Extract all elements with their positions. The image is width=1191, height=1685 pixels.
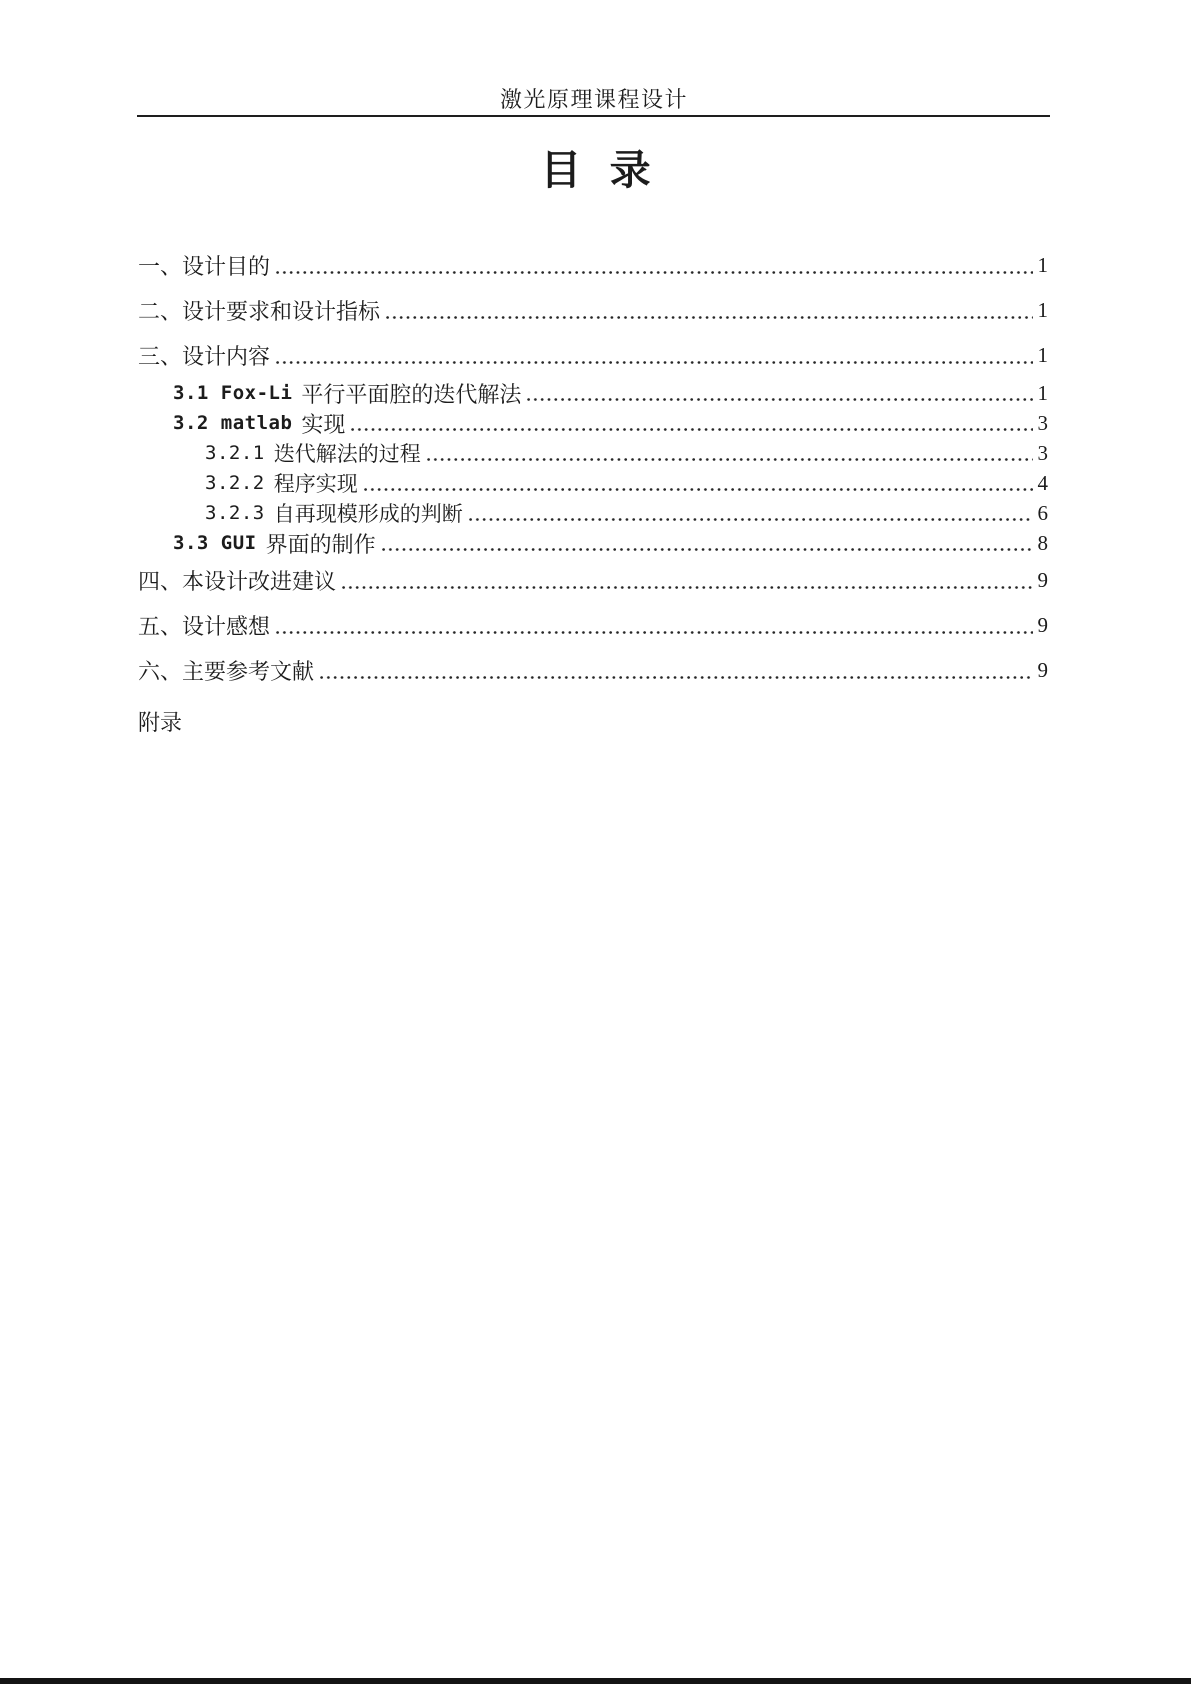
dot-leader — [276, 243, 1033, 288]
header-rule — [137, 115, 1050, 117]
toc-entry-label: 平行平面腔的迭代解法 — [301, 378, 521, 409]
dot-leader — [276, 333, 1033, 378]
dot-leader — [342, 558, 1033, 603]
toc-list: 一、设计目的 1 二、设计要求和设计指标 1 三、设计内容 1 3.1 Fox-… — [138, 243, 1048, 744]
page-bottom-edge — [0, 1678, 1191, 1684]
dot-leader — [427, 438, 1033, 468]
toc-entry-number: 3.1 Fox-Li — [173, 382, 292, 404]
dot-leader — [364, 468, 1033, 498]
toc-entry-label: 迭代解法的过程 — [274, 438, 421, 468]
toc-entry-0[interactable]: 一、设计目的 1 — [138, 243, 1048, 288]
toc-entry-label: 一、设计目的 — [138, 250, 270, 281]
toc-page-number: 1 — [1036, 343, 1048, 368]
toc-entry-3[interactable]: 3.1 Fox-Li 平行平面腔的迭代解法 1 — [138, 378, 1048, 408]
dot-leader — [469, 498, 1033, 528]
toc-entry-appendix[interactable]: 附录 — [138, 699, 1048, 744]
toc-entry-9[interactable]: 四、本设计改进建议 9 — [138, 558, 1048, 603]
toc-entry-number: 3.2.1 — [205, 442, 265, 464]
dot-leader — [386, 288, 1033, 333]
toc-entry-10[interactable]: 五、设计感想 9 — [138, 603, 1048, 648]
toc-page-number: 3 — [1036, 441, 1048, 466]
toc-entry-label: 界面的制作 — [266, 528, 376, 559]
toc-title: 目 录 — [0, 146, 1191, 194]
document-page: 激光原理课程设计 目 录 一、设计目的 1 二、设计要求和设计指标 1 三、设计… — [0, 0, 1191, 1685]
toc-page-number: 6 — [1036, 501, 1048, 526]
toc-entry-4[interactable]: 3.2 matlab 实现 3 — [138, 408, 1048, 438]
dot-leader — [320, 648, 1033, 693]
toc-entry-6[interactable]: 3.2.2 程序实现 4 — [138, 468, 1048, 498]
toc-entry-number: 3.2.2 — [205, 472, 265, 494]
toc-entry-number: 3.2.3 — [205, 502, 265, 524]
toc-entry-label: 四、本设计改进建议 — [138, 565, 336, 596]
toc-page-number: 9 — [1036, 613, 1048, 638]
dot-leader — [276, 603, 1033, 648]
toc-page-number: 1 — [1036, 253, 1048, 278]
toc-entry-label: 实现 — [301, 408, 345, 439]
toc-entry-label: 自再现模形成的判断 — [274, 498, 463, 528]
toc-page-number: 9 — [1036, 658, 1048, 683]
toc-entry-5[interactable]: 3.2.1 迭代解法的过程 3 — [138, 438, 1048, 468]
toc-page-number: 8 — [1036, 531, 1048, 556]
toc-page-number: 9 — [1036, 568, 1048, 593]
toc-entry-label: 三、设计内容 — [138, 340, 270, 371]
toc-entry-8[interactable]: 3.3 GUI 界面的制作 8 — [138, 528, 1048, 558]
toc-entry-label: 六、主要参考文献 — [138, 655, 314, 686]
toc-page-number: 1 — [1036, 381, 1048, 406]
toc-entry-2[interactable]: 三、设计内容 1 — [138, 333, 1048, 378]
toc-entry-7[interactable]: 3.2.3 自再现模形成的判断 6 — [138, 498, 1048, 528]
toc-entry-label: 二、设计要求和设计指标 — [138, 295, 380, 326]
toc-page-number: 1 — [1036, 298, 1048, 323]
dot-leader — [351, 408, 1033, 438]
dot-leader — [382, 528, 1033, 558]
toc-entry-11[interactable]: 六、主要参考文献 9 — [138, 648, 1048, 693]
toc-page-number: 4 — [1036, 471, 1048, 496]
toc-entry-1[interactable]: 二、设计要求和设计指标 1 — [138, 288, 1048, 333]
page-header-title: 激光原理课程设计 — [138, 83, 1050, 114]
toc-entry-label: 附录 — [138, 706, 182, 737]
toc-entry-label: 五、设计感想 — [138, 610, 270, 641]
toc-entry-label: 程序实现 — [274, 468, 358, 498]
toc-entry-number: 3.3 GUI — [173, 532, 257, 554]
dot-leader — [527, 378, 1033, 408]
toc-page-number: 3 — [1036, 411, 1048, 436]
toc-entry-number: 3.2 matlab — [173, 412, 292, 434]
